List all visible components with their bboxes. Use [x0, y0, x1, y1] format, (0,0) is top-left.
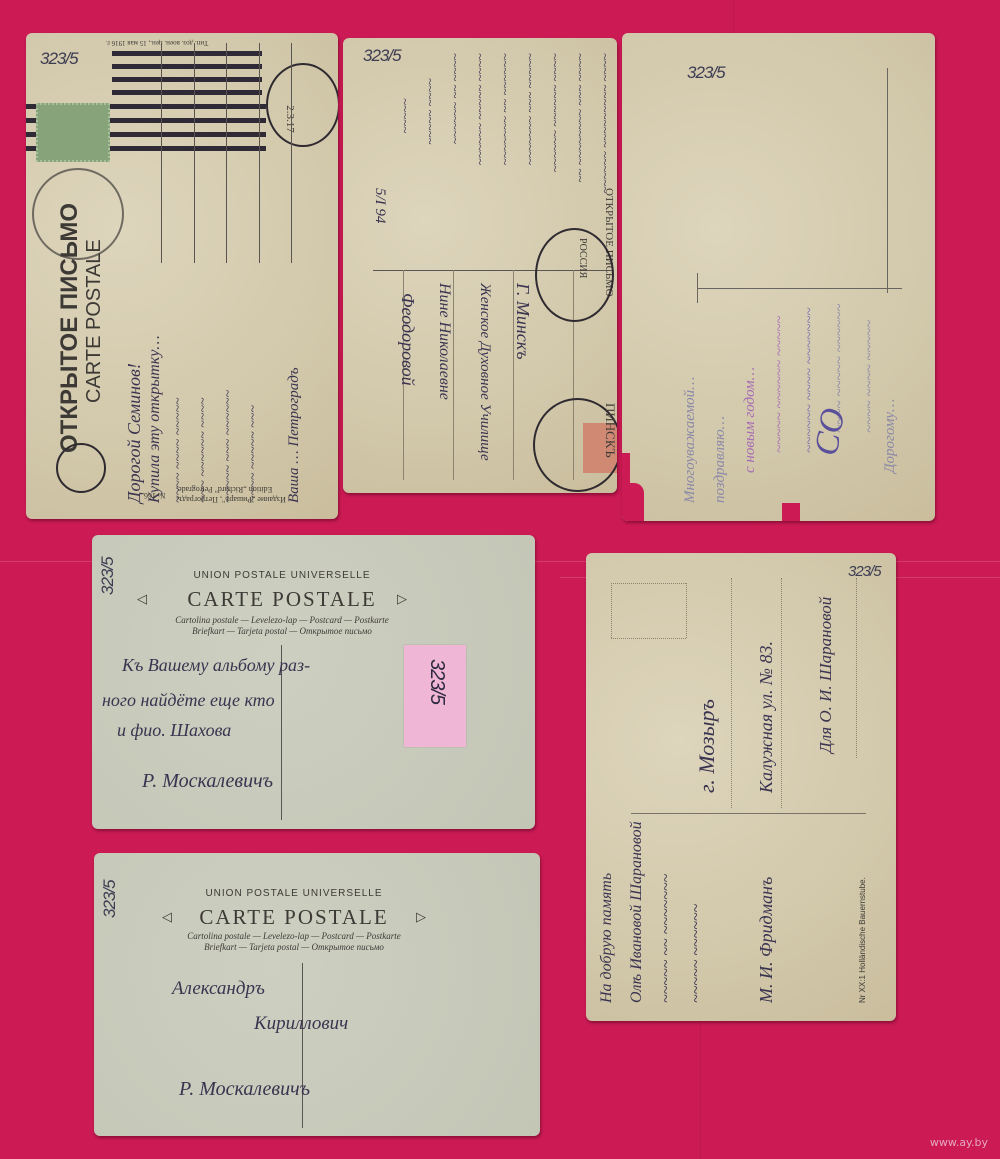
address-line [259, 43, 260, 263]
message-line: ~~~~~ ~~ ~~~~~~~ [658, 874, 676, 1003]
top-imprint: Тип. доз. воен. цен., 15 мая 1916 г. [106, 39, 208, 47]
divider-line [697, 288, 902, 289]
address-line [453, 270, 454, 480]
union-postale: UNION POSTALE UNIVERSELLE [92, 570, 472, 581]
message-line: На добрую память [598, 873, 616, 1003]
postcard-5: 323/5 UNION POSTALE UNIVERSELLE ◁ CARTE … [94, 853, 540, 1136]
address-line [856, 578, 857, 758]
stamp-box [611, 583, 612, 638]
message-line: Дорогой Семинов! [124, 363, 145, 503]
carte-postale-title: CARTE POSTALE [94, 905, 494, 930]
message-line: Олѣ Ивановой Шарановой [628, 821, 646, 1003]
postmark-city: ПИНСКЪ [602, 403, 617, 458]
address-line: Александръ [172, 978, 265, 1000]
address-line: Феодоровой [397, 293, 418, 386]
lot-number: 323/5 [848, 563, 881, 580]
cancellation-bar [112, 90, 262, 95]
message-line: и фио. Шахова [117, 720, 231, 741]
signature: Р. Москалевичъ [142, 770, 273, 793]
divider-line [302, 963, 303, 1128]
message-line: ~~~~~ ~~~ ~~~~~~~ [522, 53, 538, 165]
message-line: ~~~~ ~~~~~ ~~~~~~ [472, 53, 488, 165]
address-line [291, 43, 292, 263]
address-line: Кириллович [254, 1013, 348, 1035]
lot-number: 323/5 [363, 46, 401, 66]
message-line: Дорогому… [882, 399, 899, 473]
multilingual-line-2: Briefkart — Tarjeta postal — Открытое пи… [94, 942, 494, 952]
address-recipient: Для О. И. Шарановой [816, 597, 836, 753]
lot-number: 323/5 [687, 63, 725, 83]
torn-edge [630, 483, 644, 521]
header-ru: ОТКРЫТОЕ ПИСЬМО [56, 203, 84, 453]
divider-line [631, 813, 866, 814]
postcard-2: 323/5 ОТКРЫТОЕ ПИСЬМО РОССИЯ ПИНСКЪ Г. М… [343, 38, 617, 493]
postcard-1: Тип. доз. воен. цен., 15 мая 1916 г. 323… [26, 33, 338, 519]
message-line: ~~~~~ ~~~~~~ ~~~~~ [772, 316, 789, 453]
stamp-box [611, 583, 686, 584]
multilingual-line-2: Briefkart — Tarjeta postal — Открытое пи… [92, 626, 472, 636]
address-line [887, 68, 888, 293]
publisher-line-ru: Издание „Ришаръ", Петроградъ. [176, 495, 286, 504]
postcard-4: 323/5 UNION POSTALE UNIVERSELLE ◁ CARTE … [92, 535, 535, 829]
message-line: ного найдёте еще кто [102, 690, 275, 711]
address-line [781, 578, 782, 808]
publisher-imprint: Nr XX:1 Holländische Bauernstube. [858, 877, 867, 1003]
message-line: с новым годом… [742, 367, 759, 473]
date-written: 5/I 94 [371, 188, 388, 223]
publisher-line-en: Edition „Richard" Petrograde. [176, 485, 272, 494]
publisher-logo [56, 443, 106, 493]
message-line: ~~~~ ~~~~~~ ~~~~~~ [547, 53, 563, 172]
postage-stamp [36, 103, 110, 162]
address-line [194, 43, 195, 263]
stamp-box [611, 638, 686, 639]
address-street: Калужная ул. № 83. [756, 641, 777, 793]
message-line: ~~~~~~ ~~ ~~~~~~~ [497, 53, 513, 165]
address-line [731, 578, 732, 808]
carte-postale-title: CARTE POSTALE [92, 587, 472, 612]
torn-edge [622, 453, 630, 521]
sticky-lot-number: 323/5 [425, 659, 448, 704]
message-line: ~~~~~ [397, 98, 413, 133]
site-watermark: www.ay.by [930, 1136, 988, 1149]
postmark-circle [535, 228, 614, 322]
signature: М. И. Фридманъ [756, 877, 777, 1003]
ink-monogram: CO [808, 405, 854, 458]
message-line: поздравляю… [712, 416, 729, 503]
postcard-6: 323/5 г. Мозыръ Калужная ул. № 83. Для О… [586, 553, 896, 1021]
message-line: Купила эту открытку… [146, 335, 164, 503]
message-line: Къ Вашему альбому раз- [122, 655, 310, 676]
union-postale: UNION POSTALE UNIVERSELLE [94, 888, 494, 899]
address-line: Нине Николаевне [435, 283, 453, 400]
address-city: г. Мозыръ [694, 699, 720, 793]
message-line: Многоуважаемой… [682, 376, 699, 503]
message-line: ~~~~ ~~~~~ [422, 78, 438, 145]
header-fr: CARTE POSTALE [83, 239, 106, 403]
message-line: Ваша … Петроградъ [286, 368, 303, 503]
background-seam [700, 1020, 701, 1159]
message-line: ~~~~~ ~~~~~~ [688, 904, 706, 1003]
cancellation-bar [112, 64, 262, 69]
ornament-right-icon: ▷ [416, 909, 426, 925]
torn-edge [782, 503, 800, 521]
sticky-note: 323/5 [404, 645, 466, 747]
message-line: ~~~~ ~~~ ~~~~~~~~ ~~ [572, 53, 588, 182]
postmark-circle [266, 63, 338, 147]
multilingual-line-1: Cartolina postale — Levelezo-lap — Postc… [94, 931, 494, 941]
postcard-3: 323/5 Многоуважаемой… поздравляю… с новы… [622, 33, 935, 521]
message-line: ~~~~ ~~ ~~~~~~ [447, 53, 463, 144]
message-line: ~~~~ ~~~~~~~~~ ~~~~~~ [597, 53, 613, 193]
cancellation-bar [112, 51, 262, 56]
ornament-right-icon: ▷ [397, 591, 407, 607]
signature: Р. Москалевичъ [179, 1078, 310, 1101]
postmark-text: РОССИЯ [577, 238, 588, 278]
lot-number: 323/5 [40, 49, 78, 69]
address-line: Г. Минскъ [512, 283, 533, 360]
series-number: № 166 [144, 491, 166, 500]
multilingual-line-1: Cartolina postale — Levelezo-lap — Postc… [92, 615, 472, 625]
cancellation-bar [112, 77, 262, 82]
address-line: Женское Духовное Училище [476, 283, 493, 461]
stamp-box [686, 583, 687, 638]
postmark-date: 2.3.17 [284, 105, 296, 133]
address-line [161, 43, 162, 263]
address-line [226, 43, 227, 263]
message-line: ~~~~ ~~~~ ~~~~~ [862, 320, 879, 433]
